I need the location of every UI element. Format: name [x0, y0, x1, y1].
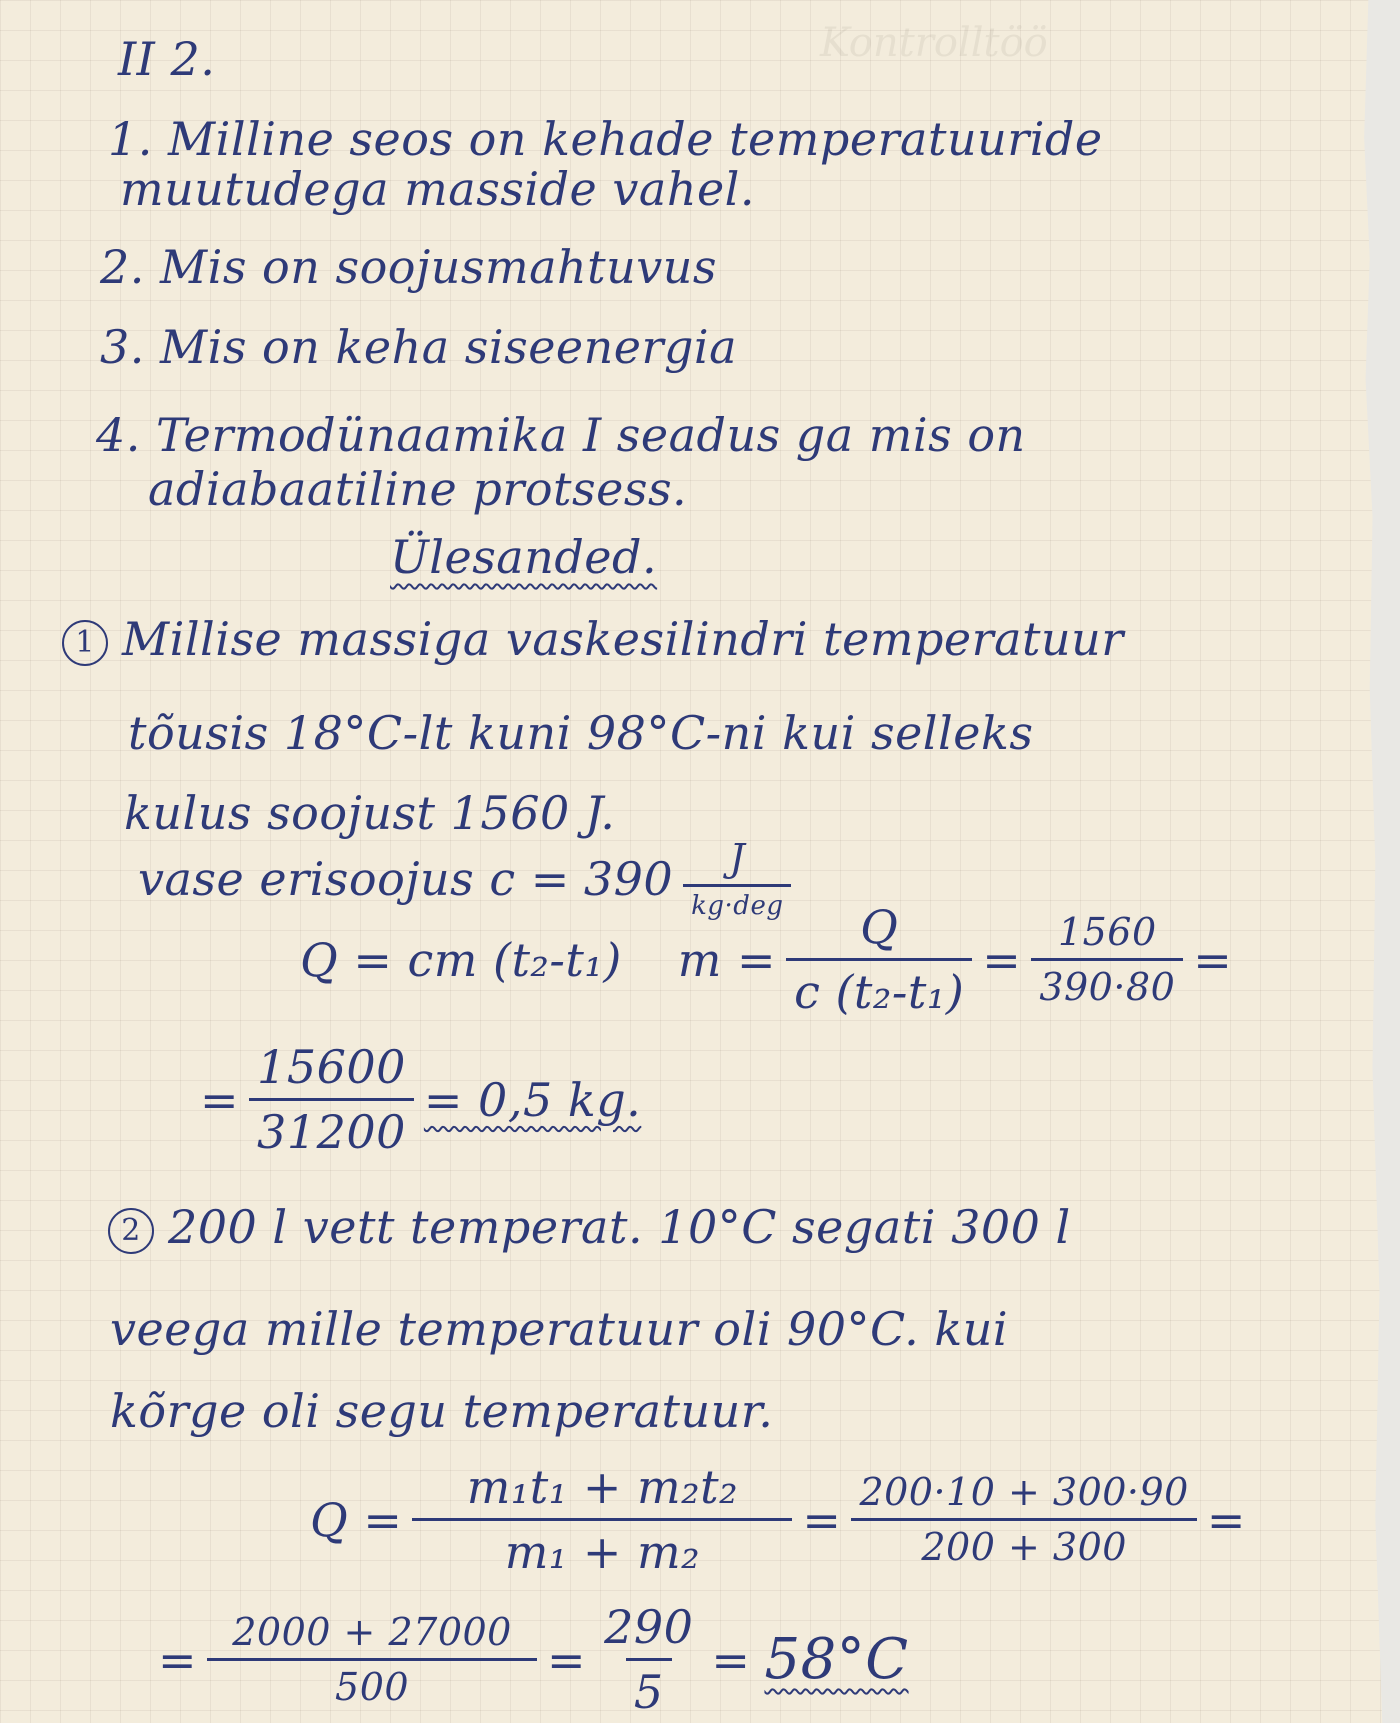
mix-substituted-fraction: 200·10 + 300·90 200 + 300	[851, 1470, 1196, 1569]
problem-1-line-1: 1Millise massiga vaskesilindri temperatu…	[62, 612, 1124, 666]
problem-text: 200 l vett temperat. 10°C segati 300 l	[168, 1200, 1071, 1254]
mix-temp-label: Q =	[310, 1493, 402, 1547]
bleed-through-text: Kontrolltöö	[820, 20, 1048, 66]
question-3: 3. Mis on keha siseenergia	[100, 320, 737, 374]
problem-2-result-line: = 2000 + 27000 500 = 290 5 = 58°C	[158, 1600, 909, 1719]
question-number: 3.	[100, 320, 145, 374]
question-1-line-2: muutudega masside vahel.	[120, 162, 755, 216]
problem-2-line-1: 2200 l vett temperat. 10°C segati 300 l	[108, 1200, 1071, 1254]
heat-formula: Q = cm (t₂-t₁)	[300, 933, 622, 987]
question-number: 2.	[100, 240, 145, 294]
problem-number-circle: 1	[62, 620, 108, 666]
problem-number-circle: 2	[108, 1208, 154, 1254]
problem-1-answer: = 0,5 kg.	[424, 1073, 641, 1127]
question-text: Mis on keha siseenergia	[160, 320, 737, 374]
substituted-fraction: 1560 390·80	[1031, 910, 1183, 1009]
question-2: 2. Mis on soojusmahtuvus	[100, 240, 717, 294]
problem-2-formula: Q = m₁t₁ + m₂t₂ m₁ + m₂ = 200·10 + 300·9…	[310, 1460, 1246, 1579]
problem-1-result-line: = 15600 31200 = 0,5 kg.	[200, 1040, 641, 1159]
problem-text: Millise massiga vaskesilindri temperatuu…	[122, 612, 1124, 666]
specific-heat-label: vase erisoojus c =	[138, 852, 570, 906]
question-1: 1. Milline seos on kehade temperatuuride	[108, 112, 1103, 166]
specific-heat-value: 390	[584, 852, 673, 906]
question-number: 4.	[96, 408, 141, 462]
problem-1-formula: Q = cm (t₂-t₁) m = Q c (t₂-t₁) = 1560 39…	[300, 900, 1232, 1019]
page-header: II 2.	[118, 32, 215, 86]
mix-formula-fraction: m₁t₁ + m₂t₂ m₁ + m₂	[412, 1460, 792, 1579]
paper-sheet: Kontrolltöö II 2. 1. Milline seos on keh…	[0, 0, 1392, 1723]
simplified-fraction: 290 5	[596, 1600, 701, 1719]
problem-2-line-3: kõrge oli segu temperatuur.	[110, 1384, 773, 1438]
question-text: Milline seos on kehade temperatuuride	[168, 112, 1103, 166]
question-text: Termodünaamika I seadus ga mis on	[156, 408, 1026, 462]
problem-1-line-3: kulus soojust 1560 J.	[124, 786, 615, 840]
mix-computed-fraction: 2000 + 27000 500	[207, 1610, 537, 1709]
question-4-line-2: adiabaatiline protsess.	[148, 462, 687, 516]
mass-label: m =	[678, 933, 776, 987]
question-number: 1.	[108, 112, 153, 166]
mass-fraction: Q c (t₂-t₁)	[786, 900, 972, 1019]
computed-fraction: 15600 31200	[249, 1040, 414, 1159]
question-4: 4. Termodünaamika I seadus ga mis on	[96, 408, 1026, 462]
problem-2-answer: 58°C	[764, 1627, 908, 1692]
tasks-heading: Ülesanded.	[390, 530, 657, 584]
problem-2-line-2: veega mille temperatuur oli 90°C. kui	[110, 1302, 1008, 1356]
problem-1-line-2: tõusis 18°C-lt kuni 98°C-ni kui selleks	[128, 706, 1033, 760]
question-text: Mis on soojusmahtuvus	[160, 240, 717, 294]
